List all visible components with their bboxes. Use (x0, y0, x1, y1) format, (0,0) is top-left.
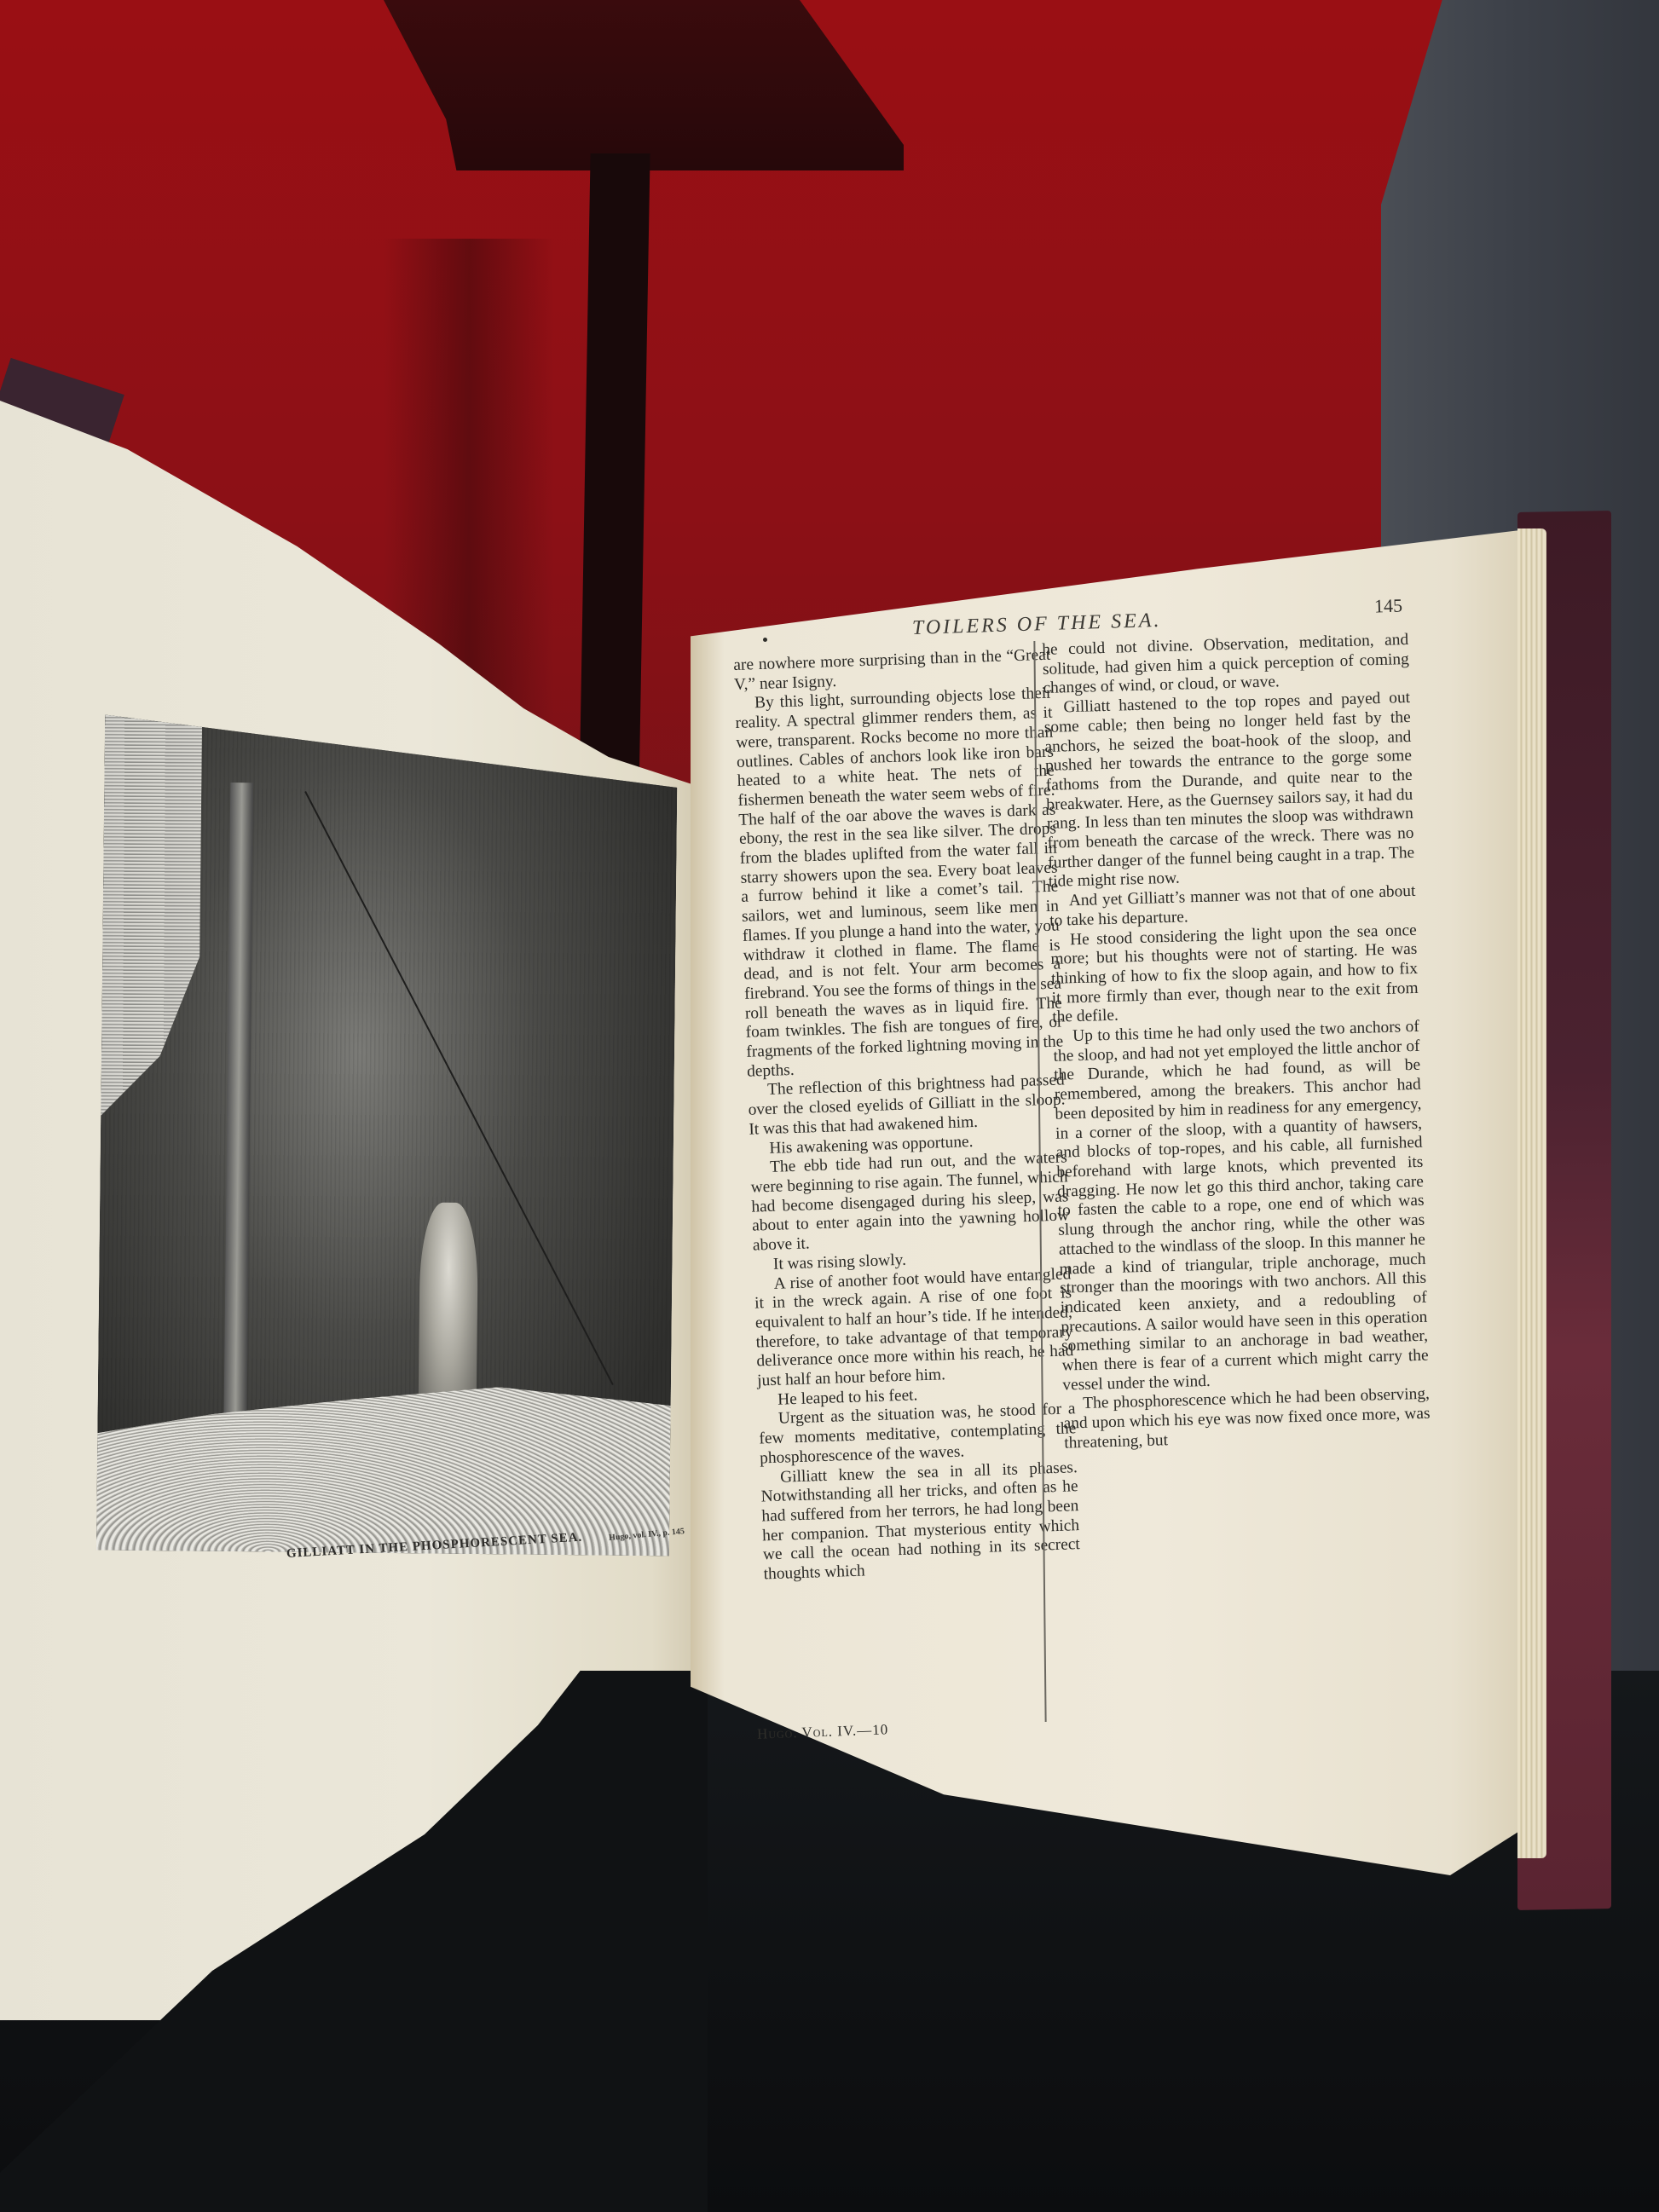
paragraph: The phosphorescence which he had been ob… (1063, 1385, 1431, 1453)
paragraph: By this light, surrounding objects lose … (735, 684, 1065, 1082)
text-column-left: are nowhere more surprising than in the … (733, 646, 1081, 1585)
text-column-right: he could not divine. Observation, medita… (1042, 631, 1431, 1453)
illustration-waves (96, 1383, 671, 1556)
page-number: 145 (1374, 594, 1403, 617)
paragraph: A rise of another foot would have entang… (754, 1265, 1074, 1391)
illustration-sky-hatching (101, 715, 202, 1118)
paragraph: Up to this time he had only used the two… (1053, 1018, 1430, 1395)
paragraph: he could not divine. Observation, medita… (1042, 631, 1410, 699)
header-dot (763, 638, 767, 642)
paragraph: Gilliatt knew the sea in all its phases.… (760, 1458, 1081, 1585)
paragraph: The reflection of this brightness had pa… (748, 1071, 1066, 1140)
page-edges (1517, 528, 1546, 1858)
paragraph: Urgent as the situation was, he stood fo… (758, 1401, 1077, 1469)
paragraph: The ebb tide had run out, and the waters… (750, 1149, 1071, 1256)
paragraph: He stood considering the light upon the … (1050, 921, 1419, 1027)
engraving-illustration (96, 715, 678, 1556)
illustration-hooded-figure (419, 1203, 478, 1420)
illustration-mast (223, 783, 253, 1435)
paragraph: Gilliatt hastened to the top ropes and p… (1043, 689, 1415, 892)
